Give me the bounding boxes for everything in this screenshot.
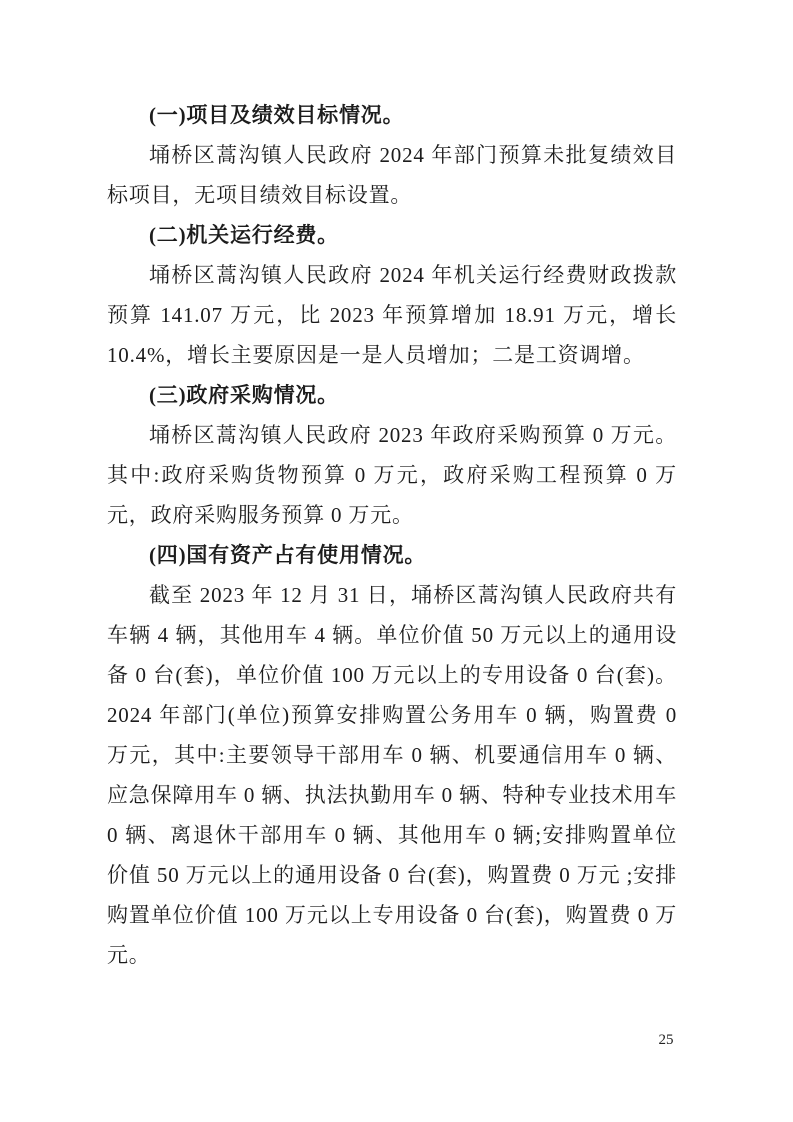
section-paragraph: 埇桥区蒿沟镇人民政府 2023 年政府采购预算 0 万元。其中:政府采购货物预算… xyxy=(107,415,677,535)
section-paragraph: 截至 2023 年 12 月 31 日，埇桥区蒿沟镇人民政府共有车辆 4 辆，其… xyxy=(107,575,677,975)
section-paragraph: 埇桥区蒿沟镇人民政府 2024 年部门预算未批复绩效目标项目，无项目绩效目标设置… xyxy=(107,135,677,215)
section-heading: (二)机关运行经费。 xyxy=(107,215,677,255)
section-heading: (四)国有资产占有使用情况。 xyxy=(107,535,677,575)
document-content: (一)项目及绩效目标情况。 埇桥区蒿沟镇人民政府 2024 年部门预算未批复绩效… xyxy=(107,95,677,975)
section-government-procurement: (三)政府采购情况。 埇桥区蒿沟镇人民政府 2023 年政府采购预算 0 万元。… xyxy=(107,375,677,535)
page-number: 25 xyxy=(648,1030,684,1050)
section-heading: (一)项目及绩效目标情况。 xyxy=(107,95,677,135)
section-project-performance: (一)项目及绩效目标情况。 埇桥区蒿沟镇人民政府 2024 年部门预算未批复绩效… xyxy=(107,95,677,215)
document-page: (一)项目及绩效目标情况。 埇桥区蒿沟镇人民政府 2024 年部门预算未批复绩效… xyxy=(0,0,793,1122)
section-operating-expenses: (二)机关运行经费。 埇桥区蒿沟镇人民政府 2024 年机关运行经费财政拨款预算… xyxy=(107,215,677,375)
section-state-assets: (四)国有资产占有使用情况。 截至 2023 年 12 月 31 日，埇桥区蒿沟… xyxy=(107,535,677,975)
section-paragraph: 埇桥区蒿沟镇人民政府 2024 年机关运行经费财政拨款预算 141.07 万元，… xyxy=(107,255,677,375)
section-heading: (三)政府采购情况。 xyxy=(107,375,677,415)
